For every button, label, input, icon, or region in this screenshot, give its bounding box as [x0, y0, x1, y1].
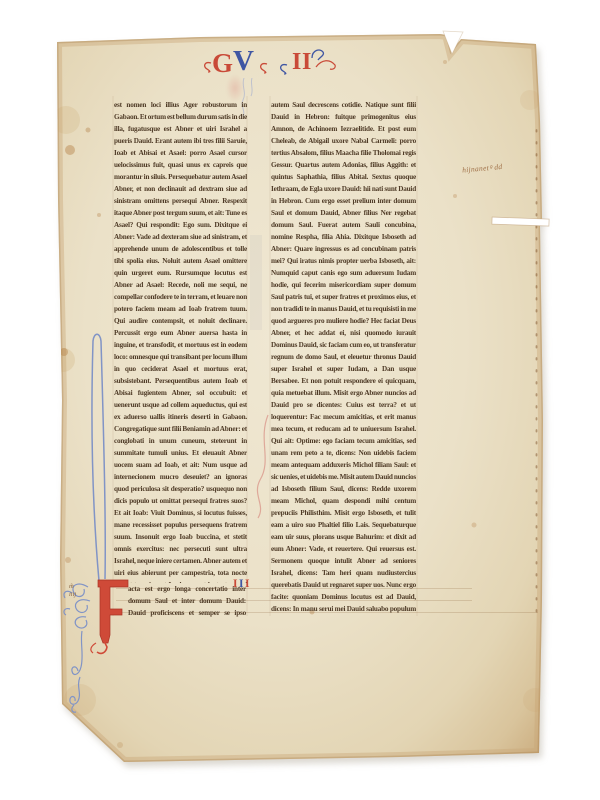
text-column-right: autem Saul decrescens cotidie. Natique s… — [271, 99, 416, 616]
left-margin-chapter-cue: m̃ iiij — [69, 583, 95, 598]
filigree-curls — [64, 584, 90, 712]
running-title-numeral-I1: I — [292, 49, 301, 76]
decorated-initial-area — [60, 325, 140, 715]
chapter-initial-F — [91, 580, 128, 653]
manuscript-leaf-photo: G V I I est nomen loci illius Ager robus… — [0, 0, 600, 800]
margin-loop-flourish — [92, 334, 105, 581]
numeral-glyph: I — [245, 578, 251, 590]
edge-tear-slit — [492, 217, 549, 226]
gutter-show-through — [250, 235, 262, 330]
numeral-tail-red — [314, 57, 338, 73]
cue-line-2: iiij — [69, 591, 95, 599]
paraph-flourish-red-2 — [258, 62, 269, 74]
chapter-3-numeral: III — [233, 578, 251, 590]
chapter-3-opening-lines: acta est ergo longa concertatio inter do… — [128, 583, 246, 620]
offset-ghost-mark — [226, 74, 244, 102]
cue-line-1: m̃ — [69, 583, 95, 591]
running-title: G V I I — [200, 48, 340, 92]
paraph-flourish-blue — [278, 63, 289, 75]
